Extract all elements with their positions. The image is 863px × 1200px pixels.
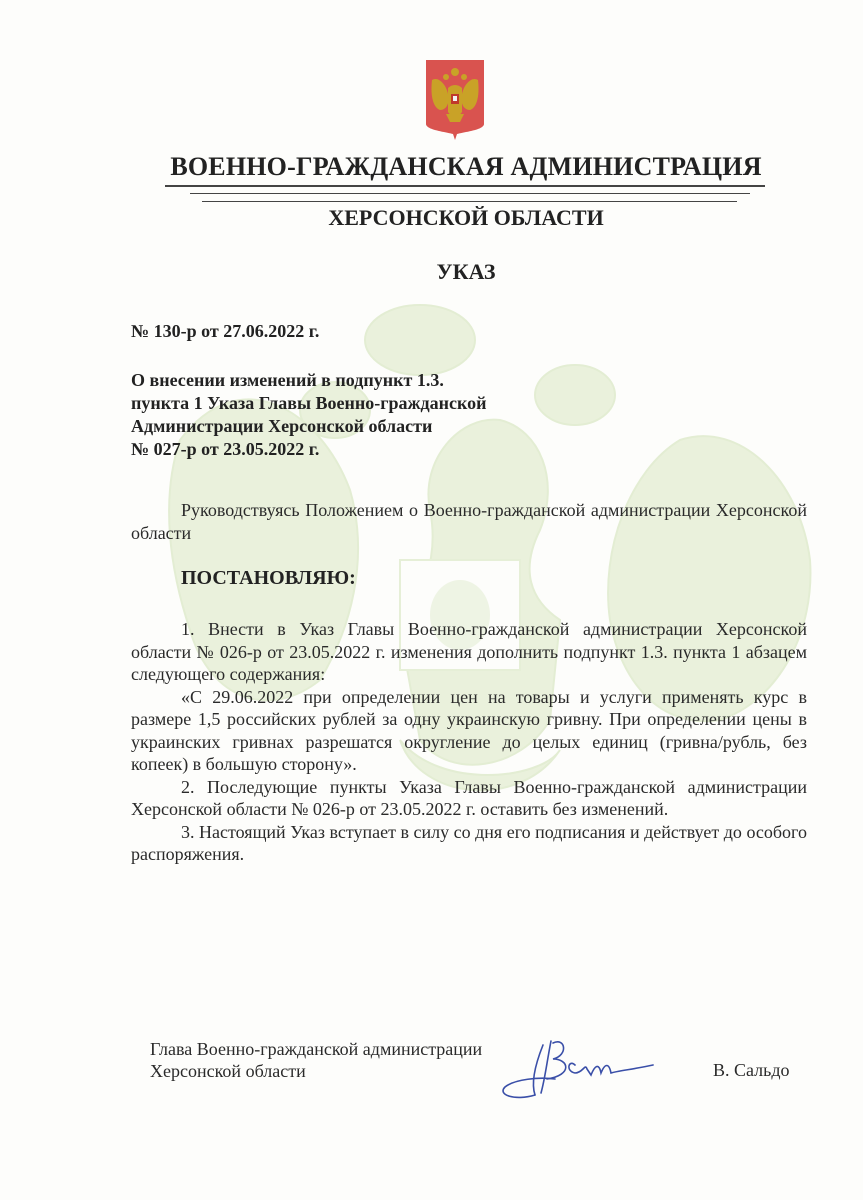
decree-item-1-quote: «С 29.06.2022 при определении цен на тов… — [131, 686, 807, 776]
subject-line: О внесении изменений в подпункт 1.3. — [131, 369, 631, 392]
subject-line: № 027-р от 23.05.2022 г. — [131, 438, 631, 461]
org-title: ВОЕННО-ГРАЖДАНСКАЯ АДМИНИСТРАЦИЯ — [166, 152, 766, 182]
org-subtitle: ХЕРСОНСКОЙ ОБЛАСТИ — [166, 205, 766, 231]
subject-line: пункта 1 Указа Главы Военно-гражданской — [131, 392, 631, 415]
document-type: УКАЗ — [166, 259, 766, 285]
position-line: Глава Военно-гражданской администрации — [150, 1038, 482, 1060]
handwritten-signature-icon — [495, 1035, 685, 1105]
header-rule-2 — [190, 193, 750, 194]
position-line: Херсонской области — [150, 1060, 482, 1082]
signatory-name: В. Сальдо — [713, 1060, 790, 1081]
header-rule-1 — [165, 185, 765, 187]
document-number: № 130-р от 27.06.2022 г. — [131, 321, 319, 342]
decree-item-3: 3. Настоящий Указ вступает в силу со дня… — [131, 821, 807, 866]
header-rule-3 — [202, 201, 737, 202]
decree-items: 1. Внести в Указ Главы Военно-гражданско… — [131, 618, 807, 866]
document-page: ВОЕННО-ГРАЖДАНСКАЯ АДМИНИСТРАЦИЯ ХЕРСОНС… — [0, 0, 863, 1200]
preamble: Руководствуясь Положением о Военно-гражд… — [131, 499, 807, 544]
decree-item-2: 2. Последующие пункты Указа Главы Военно… — [131, 776, 807, 821]
decree-heading: ПОСТАНОВЛЯЮ: — [181, 567, 356, 590]
russian-coat-of-arms-icon — [424, 58, 486, 140]
signatory-position: Глава Военно-гражданской администрации Х… — [150, 1038, 482, 1082]
decree-item-1: 1. Внести в Указ Главы Военно-гражданско… — [131, 618, 807, 686]
document-subject: О внесении изменений в подпункт 1.3. пун… — [131, 369, 631, 461]
subject-line: Администрации Херсонской области — [131, 415, 631, 438]
